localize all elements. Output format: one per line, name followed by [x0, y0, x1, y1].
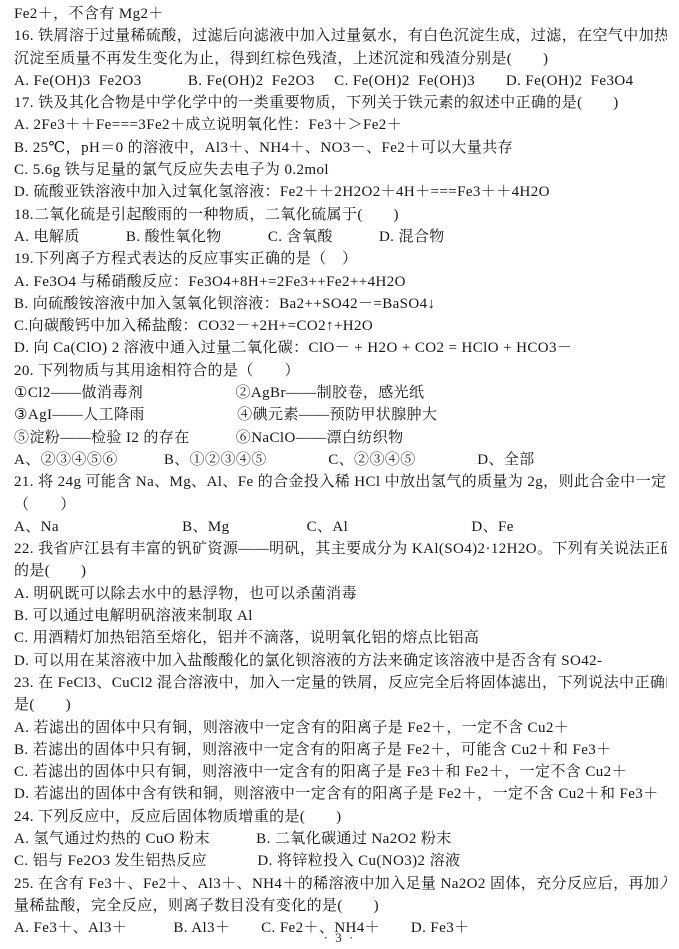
q23-option-c: C. 若滤出的固体中只有铜，则溶液中一定含有的阳离子是 Fe3＋和 Fe2＋，一… [14, 761, 667, 783]
q22-stem: 22. 我省庐江县有丰富的钒矿资源——明矾，其主要成分为 KAl(SO4)2·1… [14, 538, 667, 560]
q22-option-d: D. 可以用在某溶液中加入盐酸酸化的氯化钡溶液的方法来确定该溶液中是否含有 SO… [14, 650, 667, 672]
q16-stem-cont: 沉淀至质量不再发生变化为止，得到红棕色残渣，上述沉淀和残渣分别是( ) [14, 48, 667, 70]
q19-option-b: B. 向硫酸铵溶液中加入氢氧化钡溶液：Ba2++SO42－=BaSO4↓ [14, 293, 667, 315]
q17-option-d: D. 硫酸亚铁溶液中加入过氧化氢溶液：Fe2＋＋2H2O2＋4H＋===Fe3＋… [14, 181, 667, 203]
q19-option-c: C.向碳酸钙中加入稀盐酸：CO32－+2H+=CO2↑+H2O [14, 315, 667, 337]
q18-stem: 18.二氧化硫是引起酸雨的一种物质，二氧化硫属于( ) [14, 204, 667, 226]
q17-option-c: C. 5.6g 铁与足量的氯气反应失去电子为 0.2mol [14, 159, 667, 181]
q23-option-b: B. 若滤出的固体中只有铜，则溶液中一定含有的阳离子是 Fe2＋，可能含 Cu2… [14, 739, 667, 761]
q23-option-a: A. 若滤出的固体中只有铜，则溶液中一定含有的阳离子是 Fe2＋，一定不含 Cu… [14, 717, 667, 739]
q24-options-ab: A. 氢气通过灼热的 CuO 粉末 B. 二氧化碳通过 Na2O2 粉末 [14, 828, 667, 850]
q21-options: A、Na B、Mg C、Al D、Fe [14, 516, 667, 538]
q22-option-c: C. 用酒精灯加热铝箔至熔化，铝并不滴落，说明氧化铝的熔点比铝高 [14, 627, 667, 649]
q23-option-d: D. 若滤出的固体中含有铁和铜，则溶液中一定含有的阳离子是 Fe2＋，一定不含 … [14, 783, 667, 805]
q17-option-a: A. 2Fe3＋＋Fe===3Fe2＋成立说明氧化性：Fe3＋＞Fe2＋ [14, 114, 667, 136]
exam-page: Fe2＋，不含有 Mg2＋ 16. 铁屑溶于过量稀硫酸，过滤后向滤液中加入过量氨… [0, 0, 679, 949]
q22-option-b: B. 可以通过电解明矾溶液来制取 Al [14, 605, 667, 627]
q16-options: A. Fe(OH)3 Fe2O3 B. Fe(OH)2 Fe2O3 C. Fe(… [14, 70, 667, 92]
q20-items-1-2: ①Cl2——做消毒剂 ②AgBr——制胶卷，感光纸 [14, 382, 667, 404]
q24-stem: 24. 下列反应中，反应后固体物质增重的是( ) [14, 806, 667, 828]
q24-options-cd: C. 铝与 Fe2O3 发生铝热反应 D. 将锌粒投入 Cu(NO3)2 溶液 [14, 850, 667, 872]
q19-stem: 19.下列离子方程式表达的反应事实正确的是（ ） [14, 248, 667, 270]
q20-stem: 20. 下列物质与其用途相符合的是（ ） [14, 360, 667, 382]
q15-continuation-line: Fe2＋，不含有 Mg2＋ [14, 3, 667, 25]
q22-stem-cont: 的是( ) [14, 560, 667, 582]
q21-stem-cont: （ ） [14, 494, 667, 516]
q20-options: A、②③④⑤⑥ B、①②③④⑤ C、②③④⑤ D、全部 [14, 449, 667, 471]
q23-stem: 23. 在 FeCl3、CuCl2 混合溶液中，加入一定量的铁屑，反应完全后将固… [14, 672, 667, 694]
q19-option-d: D. 向 Ca(ClO) 2 溶液中通入过量二氧化碳：ClO－ + H2O + … [14, 337, 667, 359]
q21-stem: 21. 将 24g 可能含 Na、Mg、Al、Fe 的合金投入稀 HCl 中放出… [14, 471, 667, 493]
q19-option-a: A. Fe3O4 与稀硝酸反应：Fe3O4+8H+=2Fe3++Fe2++4H2… [14, 271, 667, 293]
q17-option-b: B. 25℃，pH＝0 的溶液中，Al3＋、NH4＋、NO3－、Fe2＋可以大量… [14, 137, 667, 159]
q25-stem: 25. 在含有 Fe3＋、Fe2＋、Al3＋、NH4＋的稀溶液中加入足量 Na2… [14, 873, 667, 895]
page-number: · 3 · [0, 930, 679, 946]
q17-stem: 17. 铁及其化合物是中学化学中的一类重要物质，下列关于铁元素的叙述中正确的是(… [14, 92, 667, 114]
q18-options: A. 电解质 B. 酸性氧化物 C. 含氧酸 D. 混合物 [14, 226, 667, 248]
q22-option-a: A. 明矾既可以除去水中的悬浮物，也可以杀菌消毒 [14, 583, 667, 605]
q20-items-3-4: ③AgI——人工降雨 ④碘元素——预防甲状腺肿大 [14, 404, 667, 426]
q25-stem-cont: 量稀盐酸，完全反应，则离子数目没有变化的是( ) [14, 895, 667, 917]
q23-stem-cont: 是( ) [14, 694, 667, 716]
q16-stem: 16. 铁屑溶于过量稀硫酸，过滤后向滤液中加入过量氨水，有白色沉淀生成，过滤，在… [14, 25, 667, 47]
q20-items-5-6: ⑤淀粉——检验 I2 的存在 ⑥NaClO——漂白纺织物 [14, 427, 667, 449]
